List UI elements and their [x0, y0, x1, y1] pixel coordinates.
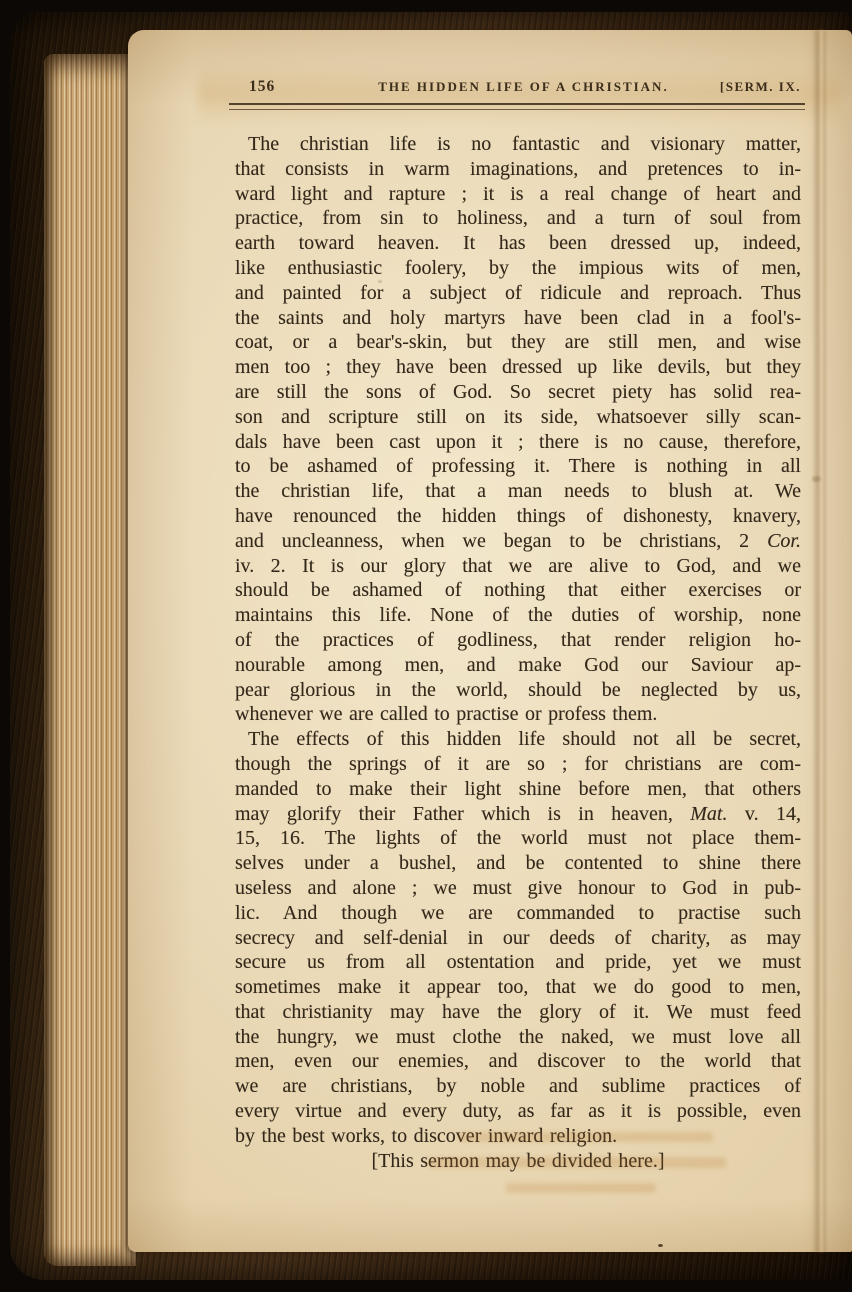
text-line: to be ashamed of professing it. There is… — [235, 454, 801, 479]
text-line: useless and alone ; we must give honour … — [235, 876, 801, 901]
text-line: and painted for a subject of ridicule an… — [235, 281, 801, 306]
text-line: though the springs of it are so ; for ch… — [235, 752, 801, 777]
page-number: 156 — [235, 78, 327, 96]
text-line: are still the sons of God. So secret pie… — [235, 380, 801, 405]
text-line: selves under a bushel, and be contented … — [235, 851, 801, 876]
text-line: should be ashamed of nothing that either… — [235, 578, 801, 603]
page-edges — [44, 54, 136, 1266]
text-line: and uncleanness, when we began to be chr… — [235, 529, 801, 554]
text-line: 15, 16. The lights of the world must not… — [235, 826, 801, 851]
text-line: The effects of this hidden life should n… — [235, 727, 801, 752]
text-line: like enthusiastic foolery, by the impiou… — [235, 256, 801, 281]
closing-line: [This sermon may be divided here.] — [235, 1149, 801, 1174]
text-line: we are christians, by noble and sublime … — [235, 1074, 801, 1099]
text-line: maintains this life. None of the duties … — [235, 603, 801, 628]
text-line: that christianity may have the glory of … — [235, 1000, 801, 1025]
text-line: have renounced the hidden things of dish… — [235, 504, 801, 529]
reverse-print-showthrough — [506, 1183, 656, 1193]
text-line: of the practices of godliness, that rend… — [235, 628, 801, 653]
text-line: the saints and holy martyrs have been cl… — [235, 306, 801, 331]
text-line: iv. 2. It is our glory that we are alive… — [235, 554, 801, 579]
text-line: coat, or a bear's-skin, but they are sti… — [235, 330, 801, 355]
text-line: the hungry, we must clothe the naked, we… — [235, 1025, 801, 1050]
header-double-rule — [229, 103, 805, 110]
text-line: by the best works, to discover inward re… — [235, 1124, 801, 1149]
text-line: secure us from all ostentation and pride… — [235, 950, 801, 975]
text-line: ward light and rapture ; it is a real ch… — [235, 182, 801, 207]
text-line: whenever we are called to practise or pr… — [235, 702, 801, 727]
text-line: may glorify their Father which is in hea… — [235, 802, 801, 827]
page-header: 156 THE HIDDEN LIFE OF A CHRISTIAN. [SER… — [235, 78, 801, 96]
book-page: 156 THE HIDDEN LIFE OF A CHRISTIAN. [SER… — [128, 30, 852, 1252]
text-line: men too ; they have been dressed up like… — [235, 355, 801, 380]
text-line: son and scripture still on its side, wha… — [235, 405, 801, 430]
sermon-label: [SERM. IX. — [720, 79, 801, 95]
page-body-text: The christian life is no fantastic and v… — [235, 132, 801, 1173]
text-line: that consists in warm imaginations, and … — [235, 157, 801, 182]
text-line: dals have been cast upon it ; there is n… — [235, 430, 801, 455]
text-line: practice, from sin to holiness, and a tu… — [235, 206, 801, 231]
text-line: pear glorious in the world, should be ne… — [235, 678, 801, 703]
text-line: men, even our enemies, and discover to t… — [235, 1049, 801, 1074]
text-line: nourable among men, and make God our Sav… — [235, 653, 801, 678]
text-line: The christian life is no fantastic and v… — [235, 132, 801, 157]
text-line: manded to make their light shine before … — [235, 777, 801, 802]
running-title: THE HIDDEN LIFE OF A CHRISTIAN. — [327, 79, 720, 95]
foxing-speck — [658, 1244, 663, 1247]
text-line: secrecy and self-denial in our deeds of … — [235, 926, 801, 951]
text-line: earth toward heaven. It has been dressed… — [235, 231, 801, 256]
paragraphs: The christian life is no fantastic and v… — [235, 132, 801, 1149]
margin-mark — [812, 476, 821, 482]
text-line: every virtue and every duty, as far as i… — [235, 1099, 801, 1124]
photo-background: 156 THE HIDDEN LIFE OF A CHRISTIAN. [SER… — [0, 0, 852, 1292]
text-line: sometimes make it appear too, that we do… — [235, 975, 801, 1000]
text-line: lic. And though we are commanded to prac… — [235, 901, 801, 926]
text-line: the christian life, that a man needs to … — [235, 479, 801, 504]
